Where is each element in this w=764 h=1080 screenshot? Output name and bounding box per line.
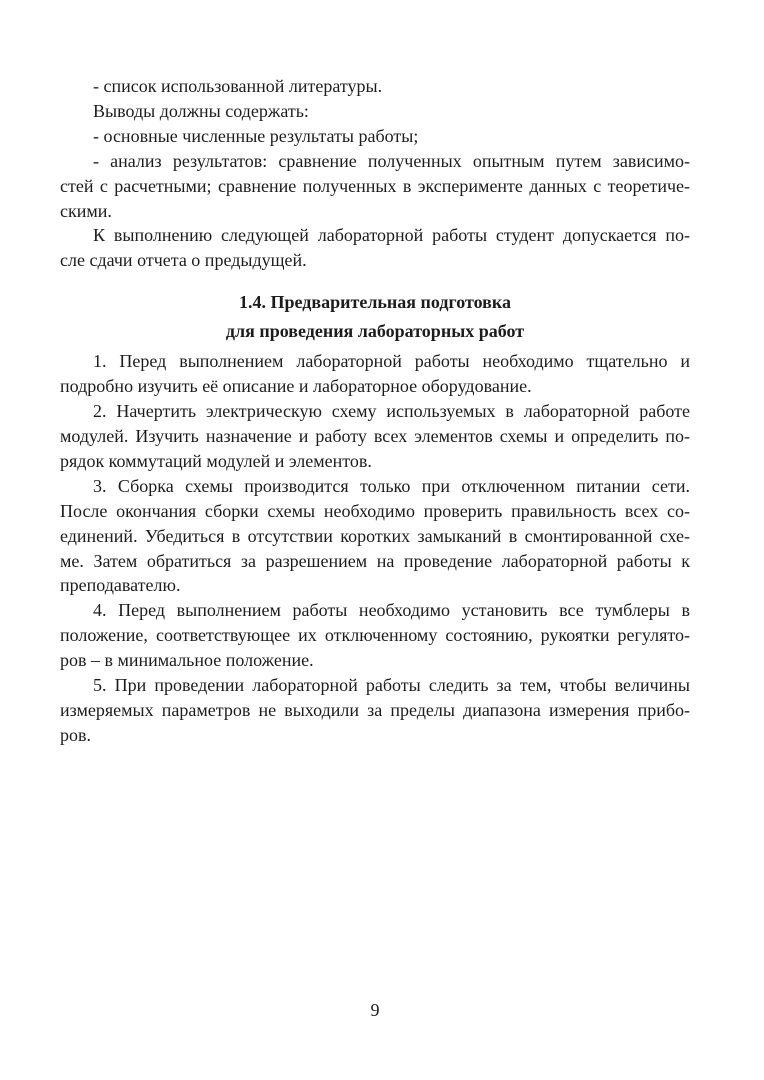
text-line: После окончания сборки схемы необходимо … (60, 499, 690, 524)
heading-line: 1.4. Предварительная подготовка (60, 288, 690, 317)
paragraph: 3. Сборка схемы производится только при … (60, 474, 690, 599)
text-line: стей с расчетными; сравнение полученных … (60, 174, 690, 199)
page-number: 9 (60, 1000, 690, 1021)
text-line: - основные численные результаты работы; (60, 124, 690, 149)
paragraph: 5. При проведении лабораторной работы сл… (60, 673, 690, 748)
text-line: 3. Сборка схемы производится только при … (60, 474, 690, 499)
text-line: преподавателю. (60, 573, 690, 598)
text-line: положение, соответствующее их отключенно… (60, 623, 690, 648)
text-line: ров – в минимальное положение. (60, 648, 690, 673)
text-line: подробно изучить её описание и лаборатор… (60, 374, 690, 399)
paragraph: - список использованной литературы. (60, 74, 690, 99)
document-body: - список использованной литературы.Вывод… (60, 74, 690, 748)
paragraph: - основные численные результаты работы; (60, 124, 690, 149)
paragraph: К выполнению следующей лабораторной рабо… (60, 223, 690, 273)
text-line: сле сдачи отчета о предыдущей. (60, 248, 690, 273)
text-line: единений. Убедиться в отсутствии коротки… (60, 524, 690, 549)
text-line: ме. Затем обратиться за разрешением на п… (60, 549, 690, 574)
text-line: измеряемых параметров не выходили за пре… (60, 698, 690, 723)
document-page: - список использованной литературы.Вывод… (0, 0, 764, 1080)
text-line: 5. При проведении лабораторной работы сл… (60, 673, 690, 698)
section-heading: 1.4. Предварительная подготовкадля прове… (60, 288, 690, 346)
text-line: - список использованной литературы. (60, 74, 690, 99)
text-line: К выполнению следующей лабораторной рабо… (60, 223, 690, 248)
text-line: ров. (60, 723, 690, 748)
text-line: 2. Начертить электрическую схему использ… (60, 399, 690, 424)
text-line: скими. (60, 199, 690, 224)
text-line: модулей. Изучить назначение и работу все… (60, 424, 690, 449)
text-line: Выводы должны содержать: (60, 99, 690, 124)
text-line: 4. Перед выполнением работы необходимо у… (60, 598, 690, 623)
text-line: рядок коммутаций модулей и элементов. (60, 449, 690, 474)
paragraph: Выводы должны содержать: (60, 99, 690, 124)
text-line: - анализ результатов: сравнение полученн… (60, 149, 690, 174)
text-line: 1. Перед выполнением лабораторной работы… (60, 349, 690, 374)
paragraph: 4. Перед выполнением работы необходимо у… (60, 598, 690, 673)
paragraph: - анализ результатов: сравнение полученн… (60, 149, 690, 224)
paragraph: 2. Начертить электрическую схему использ… (60, 399, 690, 474)
heading-line: для проведения лабораторных работ (60, 317, 690, 346)
paragraph: 1. Перед выполнением лабораторной работы… (60, 349, 690, 399)
